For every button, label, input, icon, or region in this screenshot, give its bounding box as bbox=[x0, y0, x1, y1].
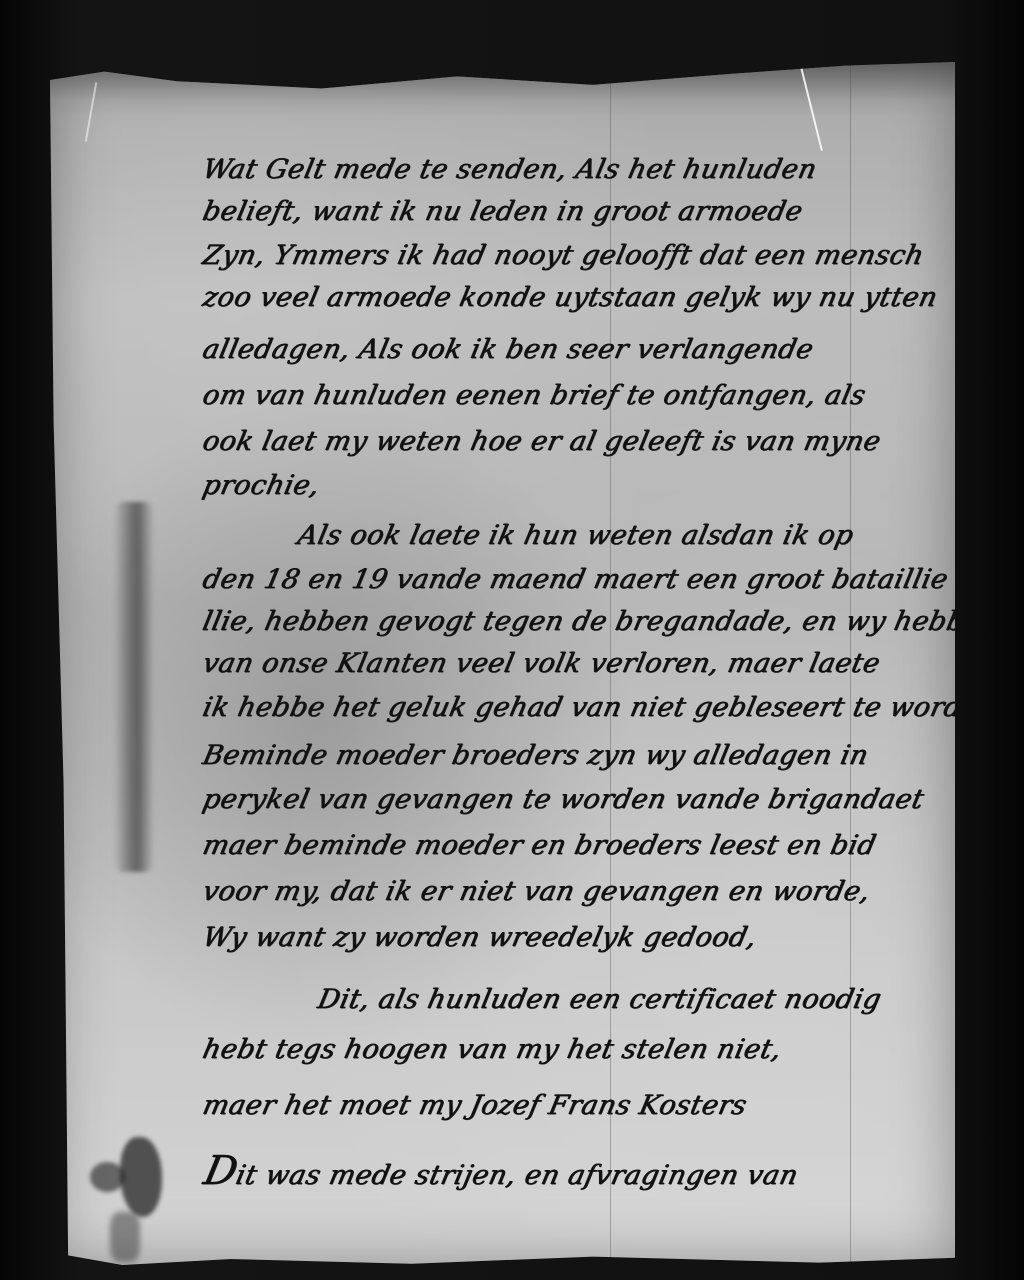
text-line-paragraph-start: Dit, als hunluden een certificaet noodig bbox=[315, 984, 884, 1015]
text-line: ik hebbe het geluk gehad van niet gebles… bbox=[200, 692, 1009, 723]
ink-stain-bottom bbox=[110, 1212, 140, 1262]
text-line: zoo veel armoede konde uytstaan gelyk wy… bbox=[200, 282, 940, 313]
text-line: om van hunluden eenen brief te ontfangen… bbox=[200, 380, 869, 411]
signature-line: maer het moet my Jozef Frans Kosters bbox=[200, 1090, 750, 1121]
text-line: Wat Gelt mede te senden, Als het hunlude… bbox=[200, 154, 820, 185]
text-line: Wy want zy worden wreedelyk gedood, bbox=[200, 922, 760, 953]
text-line: llie, hebben gevogt tegen de bregandade,… bbox=[200, 606, 1002, 637]
text-line: den 18 en 19 vande maend maert een groot… bbox=[200, 564, 951, 595]
text-line: maer beminde moeder en broeders leest en… bbox=[200, 830, 879, 861]
text-line: hebt tegs hoogen van my het stelen niet, bbox=[200, 1034, 785, 1065]
text-line-paragraph-start: Als ook laete ik hun weten alsdan ik op bbox=[295, 520, 857, 551]
letter-page: Wat Gelt mede te senden, Als het hunlude… bbox=[50, 62, 955, 1265]
torn-top-edge bbox=[50, 62, 955, 117]
text-line: voor my, dat ik er niet van gevangen en … bbox=[200, 876, 873, 907]
ink-blot bbox=[120, 1137, 162, 1217]
text-line: perykel van gevangen te worden vande bri… bbox=[200, 784, 927, 815]
ink-stain-vertical bbox=[114, 502, 154, 872]
text-line: prochie, bbox=[200, 470, 323, 501]
text-line: Beminde moeder broeders zyn wy alledagen… bbox=[200, 740, 871, 771]
ink-blot bbox=[90, 1162, 125, 1192]
text-line: van onse Klanten veel volk verloren, mae… bbox=[200, 648, 883, 679]
text-line: belieft, want ik nu leden in groot armoe… bbox=[200, 196, 806, 227]
scan-background: Wat Gelt mede te senden, Als het hunlude… bbox=[0, 0, 1024, 1280]
text-line: alledagen, Als ook ik ben seer verlangen… bbox=[200, 334, 816, 365]
text-line: ook laet my weten hoe er al geleeft is v… bbox=[200, 426, 884, 457]
text-line: Dit was mede strijen, en afvragingen van bbox=[200, 1148, 804, 1194]
text-line: Zyn, Ymmers ik had nooyt geloofft dat ee… bbox=[200, 240, 927, 271]
